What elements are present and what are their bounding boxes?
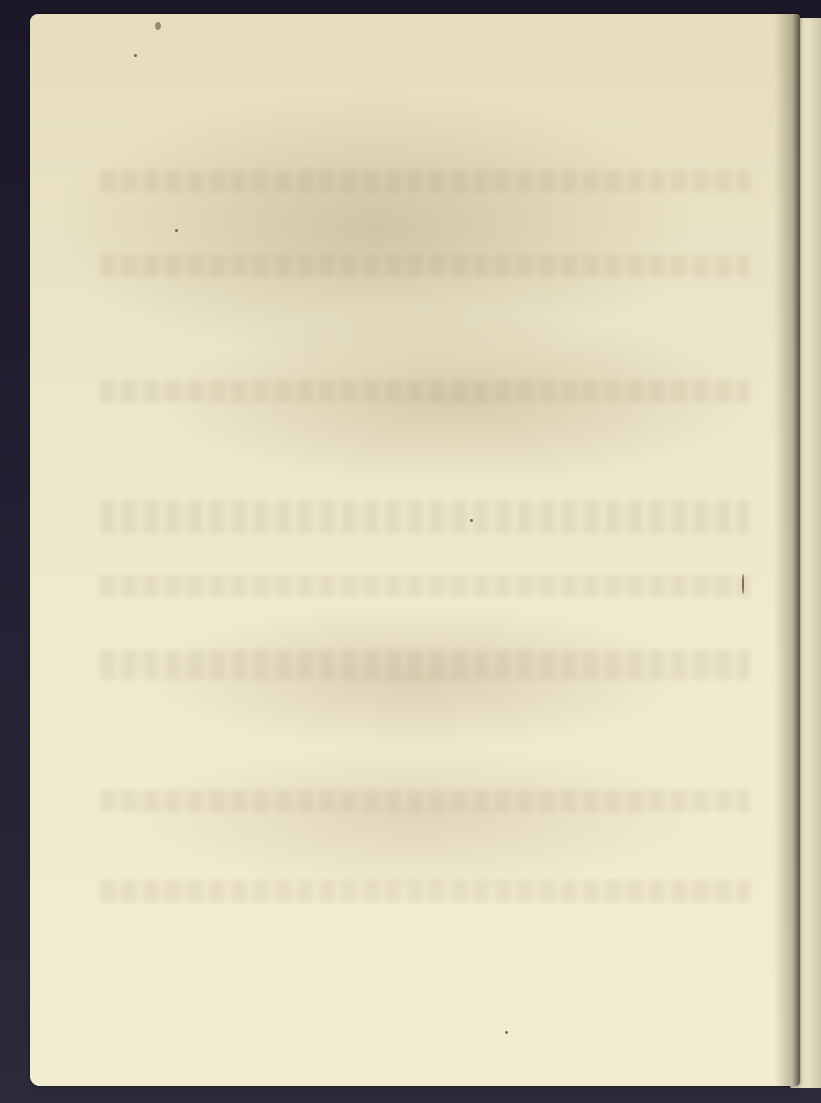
book-page — [30, 14, 800, 1086]
ink-speck — [470, 519, 473, 522]
show-through-band — [100, 650, 750, 680]
ink-speck — [742, 574, 744, 594]
ink-speck — [175, 229, 178, 232]
show-through-band — [100, 575, 750, 597]
binding-gutter-shadow — [774, 14, 800, 1086]
show-through-band — [100, 255, 750, 277]
ink-speck — [155, 22, 161, 30]
ink-speck — [134, 54, 137, 57]
show-through-band — [100, 790, 750, 812]
show-through-band — [100, 500, 750, 534]
ink-speck — [505, 1031, 508, 1034]
show-through-band — [100, 170, 750, 192]
show-through-band — [100, 380, 750, 402]
show-through-band — [100, 880, 750, 902]
